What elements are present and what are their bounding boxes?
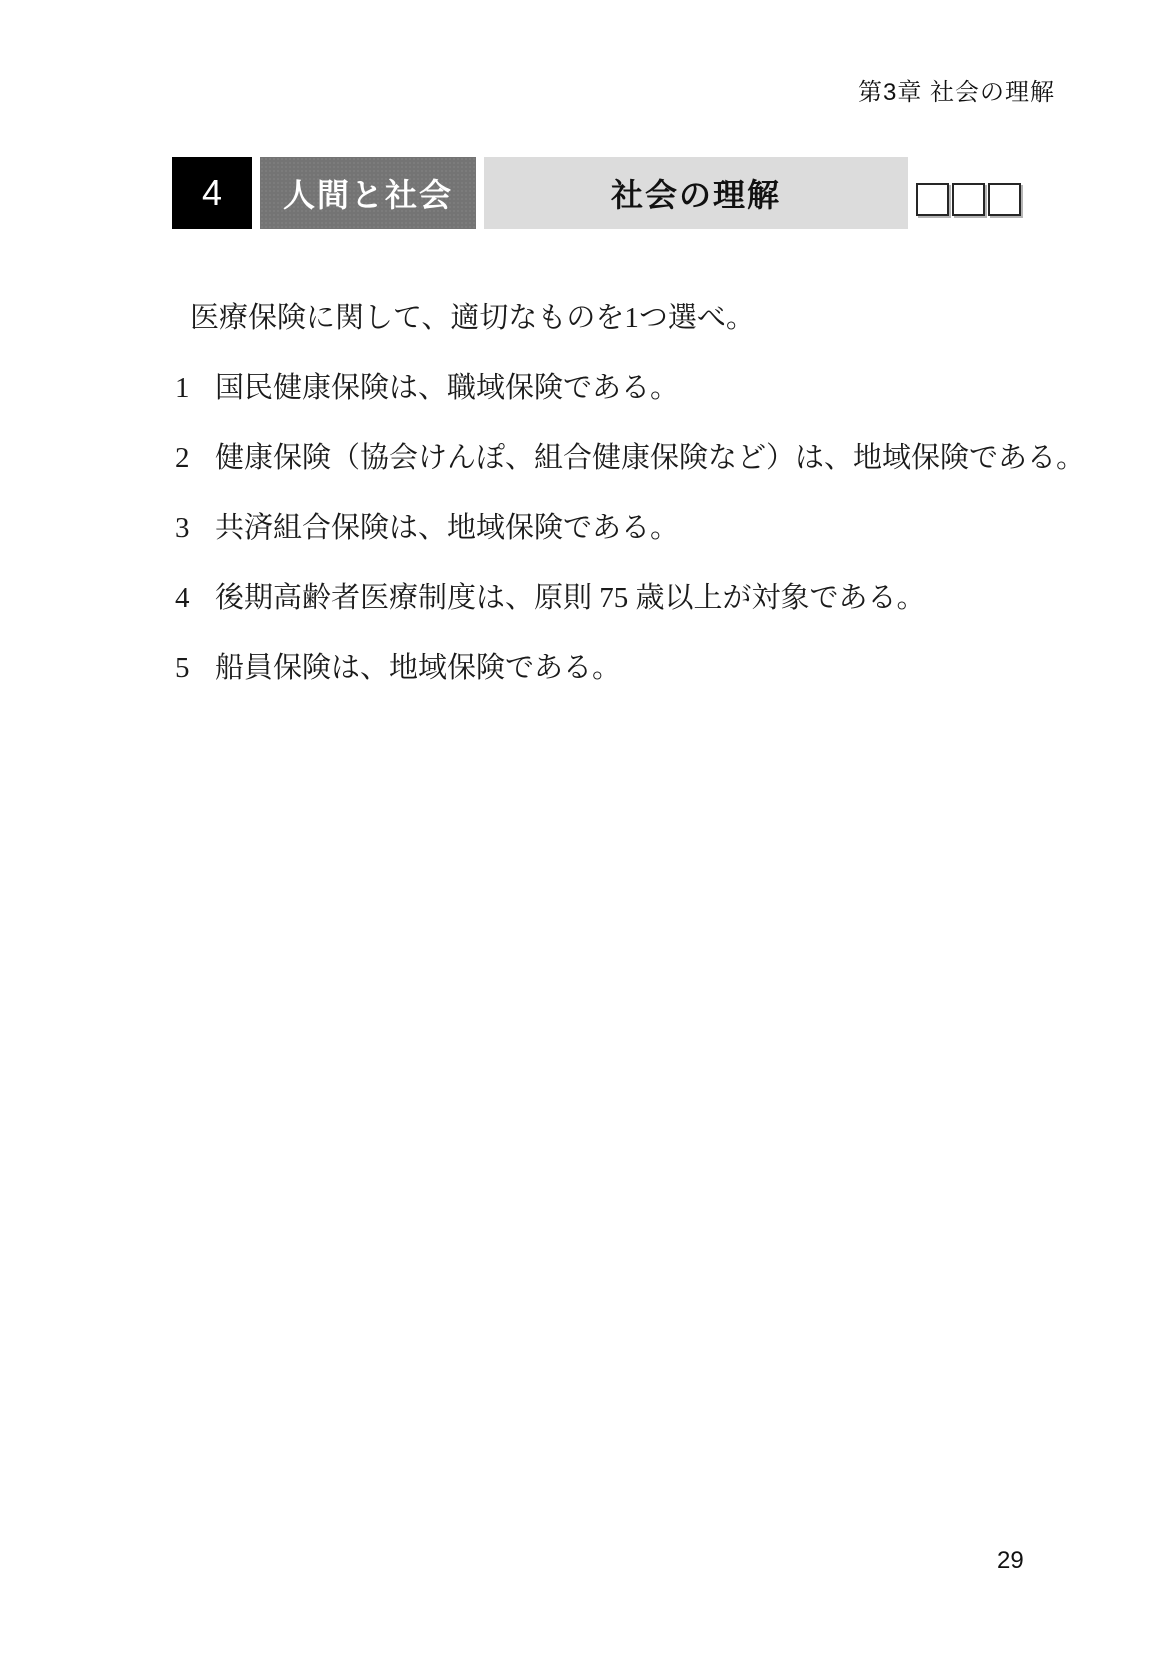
- question-number-box: 4: [172, 157, 252, 229]
- answer-checkbox-1[interactable]: [916, 183, 949, 216]
- option-number: 5: [172, 653, 215, 683]
- category-label: 人間と社会: [260, 157, 476, 229]
- option-row-1: 1 国民健康保険は、職域保険である。: [172, 373, 1052, 403]
- document-page: 第3章 社会の理解 4 人間と社会 社会の理解 医療保険に関して、適切なものを1…: [0, 0, 1167, 1653]
- question-block: 医療保険に関して、適切なものを1つ選べ。 1 国民健康保険は、職域保険である。 …: [172, 303, 1052, 683]
- option-number: 1: [172, 373, 215, 403]
- title-bar: 4 人間と社会 社会の理解: [172, 157, 1021, 229]
- option-row-2: 2 健康保険（協会けんぽ、組合健康保険など）は、地域保険である。: [172, 443, 1052, 473]
- answer-checkbox-group: [916, 171, 1021, 216]
- page-number: 29: [997, 1547, 1024, 1575]
- answer-checkbox-2[interactable]: [952, 183, 985, 216]
- section-label: 社会の理解: [484, 157, 908, 229]
- option-row-5: 5 船員保険は、地域保険である。: [172, 653, 1052, 683]
- option-text: 船員保険は、地域保険である。: [215, 653, 1052, 683]
- option-number: 3: [172, 513, 215, 543]
- option-number: 2: [172, 443, 215, 473]
- chapter-header: 第3章 社会の理解: [858, 72, 1055, 107]
- option-number: 4: [172, 583, 215, 613]
- option-text: 後期高齢者医療制度は、原則 75 歳以上が対象である。: [215, 583, 1052, 613]
- option-row-3: 3 共済組合保険は、地域保険である。: [172, 513, 1052, 543]
- question-prompt: 医療保険に関して、適切なものを1つ選べ。: [172, 303, 1052, 333]
- option-row-4: 4 後期高齢者医療制度は、原則 75 歳以上が対象である。: [172, 583, 1052, 613]
- option-text: 共済組合保険は、地域保険である。: [215, 513, 1052, 543]
- answer-checkbox-3[interactable]: [988, 183, 1021, 216]
- option-text: 健康保険（協会けんぽ、組合健康保険など）は、地域保険である。: [215, 443, 1085, 473]
- option-text: 国民健康保険は、職域保険である。: [215, 373, 1052, 403]
